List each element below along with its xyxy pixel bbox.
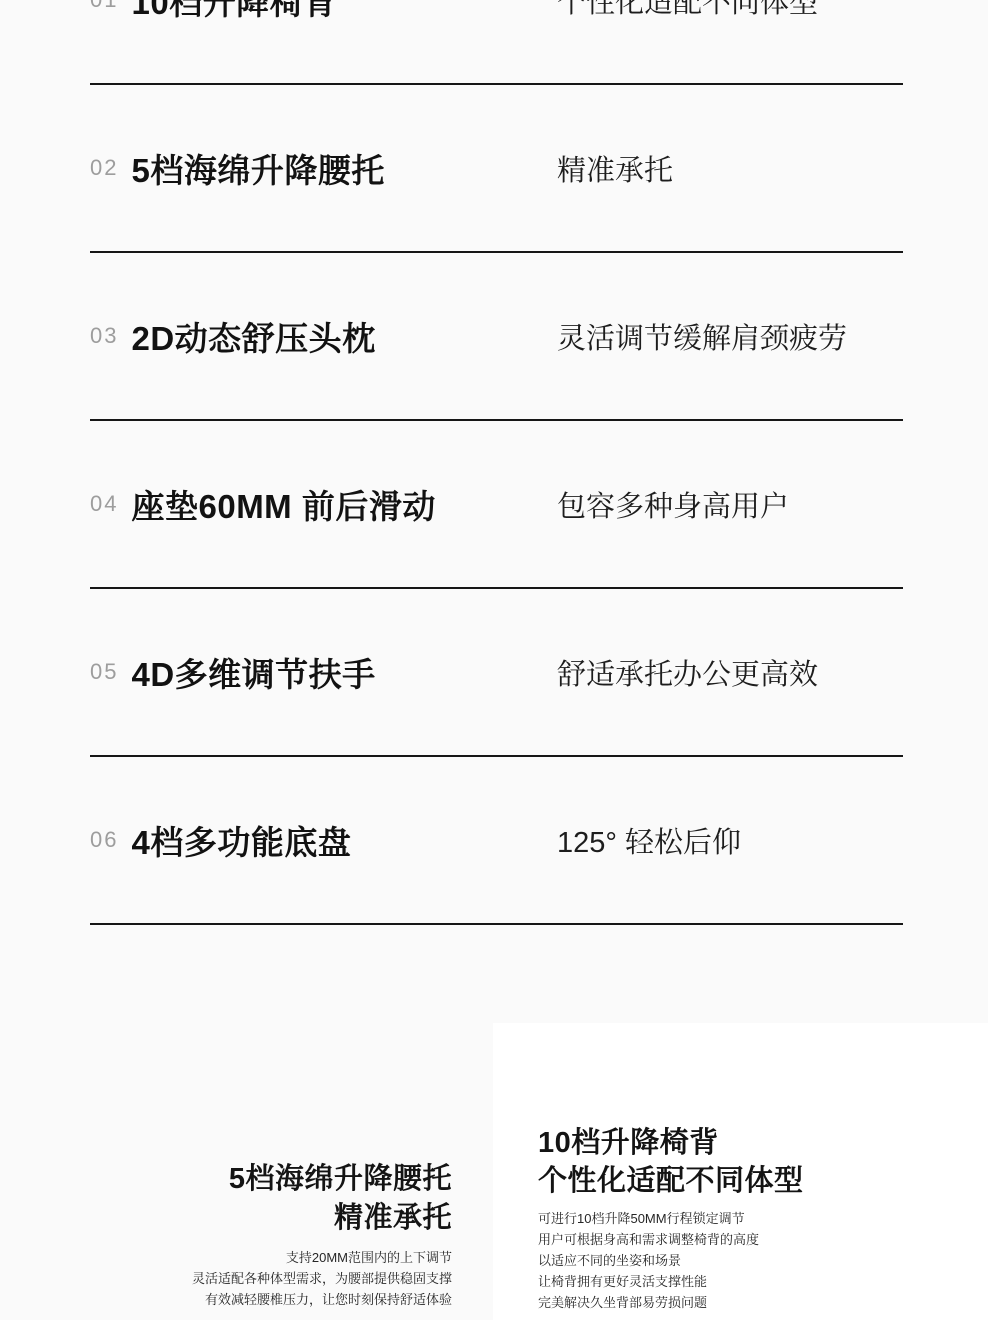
feature-row-02: 02 5档海绵升降腰托 精准承托 <box>90 85 903 253</box>
feature-number: 05 <box>90 659 118 685</box>
feature-title: 10档升降椅背 <box>131 0 336 24</box>
backrest-body: 可进行10档升降50MM行程锁定调节 用户可根据身高和需求调整椅背的高度 以适应… <box>538 1208 804 1313</box>
lumbar-body-line: 灵活适配各种体型需求，为腰部提供稳固支撑 <box>192 1268 452 1289</box>
lumbar-title-line1: 5档海绵升降腰托 <box>192 1160 452 1199</box>
feature-title: 2D动态舒压头枕 <box>131 313 375 360</box>
feature-list: 01 10档升降椅背 个性化适配不同体型 02 5档海绵升降腰托 精准承托 03… <box>90 0 903 925</box>
backrest-body-line: 完美解决久坐背部易劳损问题 <box>538 1292 804 1313</box>
feature-subtitle: 125° 轻松后仰 <box>557 820 741 861</box>
feature-title: 4档多功能底盘 <box>131 817 351 864</box>
backrest-title-line2: 个性化适配不同体型 <box>538 1162 804 1200</box>
lumbar-title-line2: 精准承托 <box>192 1199 452 1238</box>
feature-title: 座垫60MM 前后滑动 <box>131 481 435 528</box>
feature-subtitle: 舒适承托办公更高效 <box>557 652 818 693</box>
product-detail-page: 01 10档升降椅背 个性化适配不同体型 02 5档海绵升降腰托 精准承托 03… <box>0 0 988 1320</box>
feature-row-06: 06 4档多功能底盘 125° 轻松后仰 <box>90 757 903 925</box>
feature-row-01: 01 10档升降椅背 个性化适配不同体型 <box>90 0 903 85</box>
lumbar-feature-block: 5档海绵升降腰托 精准承托 支持20MM范围内的上下调节 灵活适配各种体型需求，… <box>192 1160 452 1310</box>
lumbar-body-line: 有效减轻腰椎压力，让您时刻保持舒适体验 <box>192 1289 452 1310</box>
feature-title: 5档海绵升降腰托 <box>131 145 384 192</box>
feature-subtitle: 灵活调节缓解肩颈疲劳 <box>557 316 847 357</box>
feature-row-03: 03 2D动态舒压头枕 灵活调节缓解肩颈疲劳 <box>90 253 903 421</box>
backrest-body-line: 让椅背拥有更好灵活支撑性能 <box>538 1271 804 1292</box>
feature-subtitle: 精准承托 <box>557 148 673 189</box>
feature-subtitle: 个性化适配不同体型 <box>557 0 818 21</box>
feature-number: 02 <box>90 155 118 181</box>
feature-row-04: 04 座垫60MM 前后滑动 包容多种身高用户 <box>90 421 903 589</box>
feature-row-05: 05 4D多维调节扶手 舒适承托办公更高效 <box>90 589 903 757</box>
backrest-body-line: 可进行10档升降50MM行程锁定调节 <box>538 1208 804 1229</box>
backrest-title-line1: 10档升降椅背 <box>538 1124 804 1162</box>
feature-number: 03 <box>90 323 118 349</box>
backrest-body-line: 以适应不同的坐姿和场景 <box>538 1250 804 1271</box>
feature-number: 04 <box>90 491 118 517</box>
feature-title: 4D多维调节扶手 <box>131 649 375 696</box>
backrest-feature-block: 10档升降椅背 个性化适配不同体型 可进行10档升降50MM行程锁定调节 用户可… <box>538 1124 804 1313</box>
backrest-body-line: 用户可根据身高和需求调整椅背的高度 <box>538 1229 804 1250</box>
feature-number: 01 <box>90 0 118 13</box>
lumbar-body-line: 支持20MM范围内的上下调节 <box>192 1247 452 1268</box>
feature-number: 06 <box>90 827 118 853</box>
feature-subtitle: 包容多种身高用户 <box>557 484 789 525</box>
lumbar-body: 支持20MM范围内的上下调节 灵活适配各种体型需求，为腰部提供稳固支撑 有效减轻… <box>192 1247 452 1310</box>
